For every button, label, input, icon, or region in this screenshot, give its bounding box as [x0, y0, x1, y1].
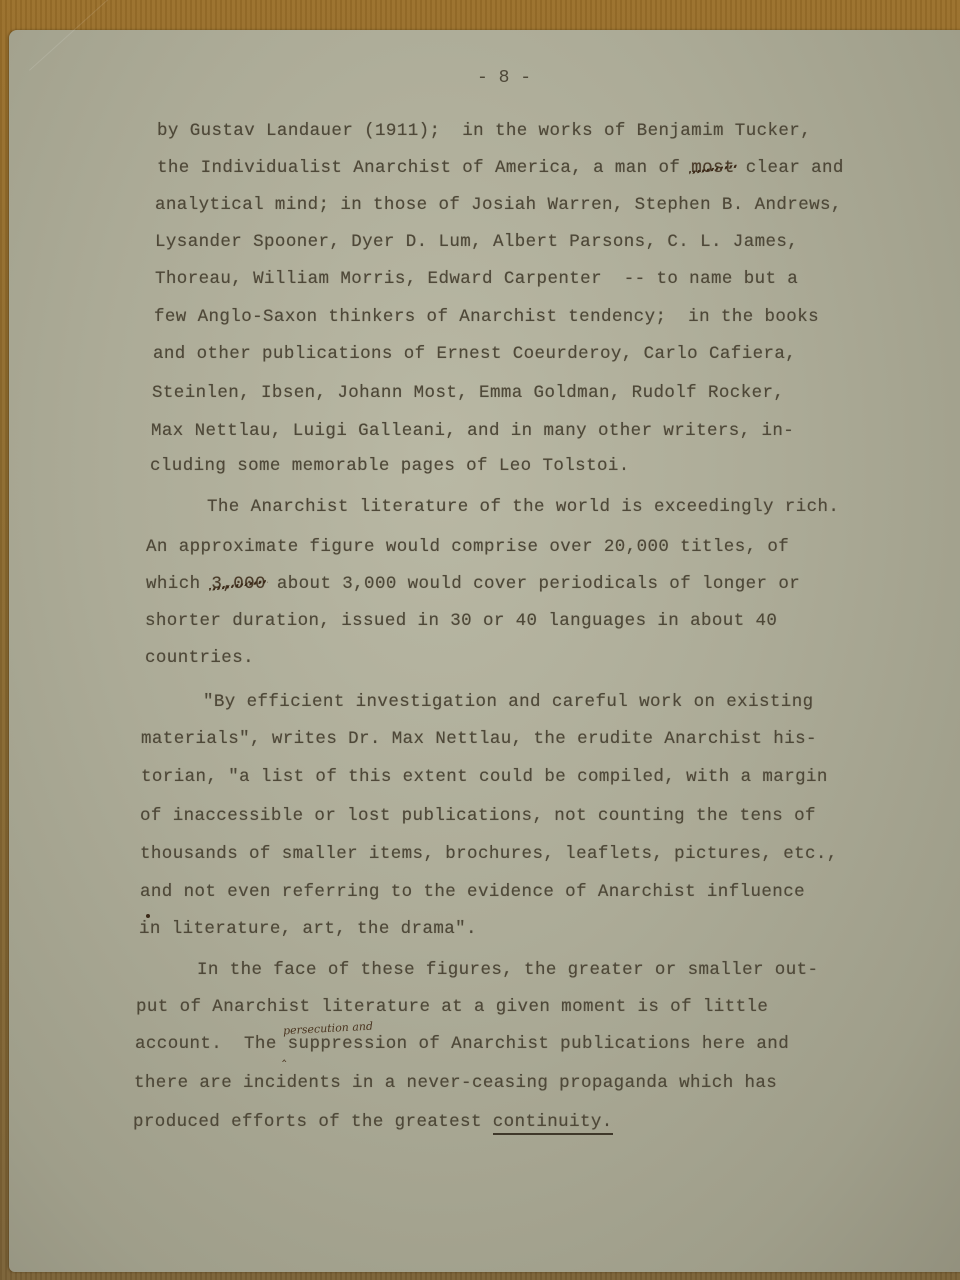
insertion-caret-icon: ‸	[282, 1048, 286, 1063]
text-line: thousands of smaller items, brochures, l…	[140, 844, 838, 864]
text-line: in literature, art, the drama".	[139, 919, 477, 939]
text-fragment: produced efforts of the greatest	[133, 1112, 482, 1132]
text-line: the Individualist Anarchist of America, …	[157, 158, 844, 178]
text-line: and other publications of Ernest Coeurde…	[153, 344, 796, 364]
ink-dot-mark	[146, 914, 150, 918]
text-line: produced efforts of the greatest continu…	[133, 1112, 613, 1132]
text-line: "By efficient investigation and careful …	[203, 692, 814, 712]
text-line: put of Anarchist literature at a given m…	[136, 997, 768, 1017]
text-line: countries.	[145, 648, 254, 668]
text-line: torian, "a list of this extent could be …	[141, 767, 828, 787]
text-line: few Anglo-Saxon thinkers of Anarchist te…	[154, 307, 819, 327]
text-line: cluding some memorable pages of Leo Tols…	[150, 456, 630, 476]
underlined-word: continuity.	[493, 1112, 613, 1135]
text-line: which 3,000 about 3,000 would cover peri…	[146, 574, 800, 594]
page-number: - 8 -	[477, 68, 531, 88]
text-line: materials", writes Dr. Max Nettlau, the …	[141, 729, 817, 749]
text-line: Thoreau, William Morris, Edward Carpente…	[155, 269, 798, 289]
text-line: Max Nettlau, Luigi Galleani, and in many…	[151, 421, 794, 441]
text-line: account. The suppression of Anarchist pu…	[135, 1034, 789, 1054]
text-line: In the face of these figures, the greate…	[197, 960, 818, 980]
text-line: analytical mind; in those of Josiah Warr…	[155, 195, 842, 215]
text-fragment: which	[146, 574, 201, 594]
text-fragment: suppression of Anarchist publications he…	[277, 1034, 789, 1054]
text-line: there are incidents in a never-ceasing p…	[134, 1073, 777, 1093]
text-line: of inaccessible or lost publications, no…	[140, 806, 816, 826]
text-line: The Anarchist literature of the world is…	[207, 497, 839, 517]
text-fragment: the Individualist Anarchist of America, …	[157, 158, 680, 178]
text-fragment: account. The	[135, 1034, 277, 1054]
text-fragment: clear and	[735, 158, 844, 178]
text-line: shorter duration, issued in 30 or 40 lan…	[145, 611, 777, 631]
text-line: Lysander Spooner, Dyer D. Lum, Albert Pa…	[155, 232, 798, 252]
text-line: An approximate figure would comprise ove…	[146, 537, 789, 557]
text-line: Steinlen, Ibsen, Johann Most, Emma Goldm…	[152, 383, 784, 403]
struck-word: most	[691, 158, 735, 178]
struck-word: 3,000	[211, 574, 266, 594]
text-fragment: about 3,000 would cover periodicals of l…	[266, 574, 800, 594]
text-line: by Gustav Landauer (1911); in the works …	[157, 121, 811, 141]
text-line: and not even referring to the evidence o…	[140, 882, 805, 902]
